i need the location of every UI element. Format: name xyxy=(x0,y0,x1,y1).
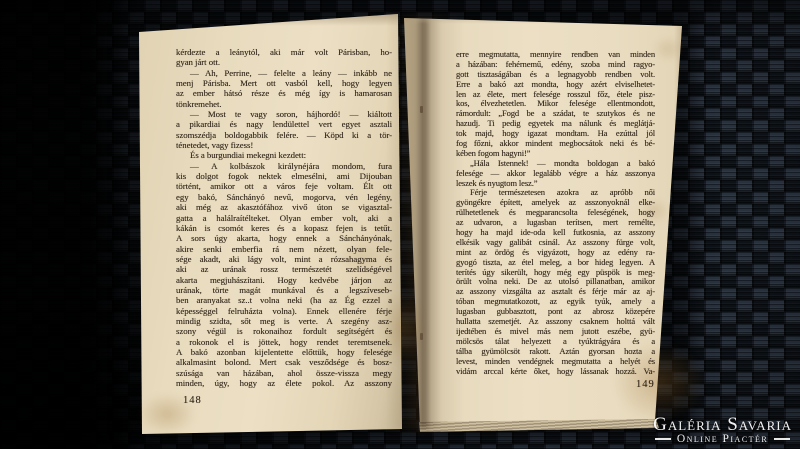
text-line: gyöngékre épített, amelyek az asszonyokn… xyxy=(456,198,655,208)
text-line: kis dolgot fogok nektek elmesélni, ami D… xyxy=(176,171,392,181)
text-line: tóban megmutatkozott, az egyik tyúk, ame… xyxy=(456,297,655,307)
text-line: Erre a bakó azt mondta, hogy azért elvis… xyxy=(456,80,655,90)
right-page-text: erre megmutatta, mennyire rendben van mi… xyxy=(456,50,655,376)
watermark: Galéria Savaria Online Piactér xyxy=(653,416,792,445)
right-page-number: 149 xyxy=(636,379,655,390)
text-line: kos, élvezhetetlen. Mikor felesége ellen… xyxy=(456,99,655,109)
text-line: egy bakó, Sánchányó nevű, mogorva, vén l… xyxy=(176,192,392,202)
text-line: minden, úgy, hogy az élete pokol. Az ass… xyxy=(176,378,392,388)
text-line: gatta a halálraítélteket. Olyan ember vo… xyxy=(176,213,392,223)
text-line: vidám arccal kérte őket, hogy lássanak h… xyxy=(456,367,655,377)
text-line: aki még az akasztófához vivő úton se vig… xyxy=(176,202,392,212)
text-line: tálba gyümölcsöt rakott. Aztán gyorsan h… xyxy=(456,347,655,357)
text-line: len az élete, mert felesége rosszul főz,… xyxy=(456,90,655,100)
text-line: kákán is csomót keres és a kopasz fejen … xyxy=(176,223,392,233)
text-line: És a burgundiai mekegni kezdett: xyxy=(176,150,392,160)
text-line: kében fogom hagyni!” xyxy=(456,149,655,159)
book-photo: kérdezte a leánytól, aki már volt Párisb… xyxy=(0,0,800,449)
text-line: kérdezte a leánytól, aki már volt Párisb… xyxy=(176,47,392,57)
text-line: Férje természetesen azokra az apróbb női xyxy=(456,188,655,198)
text-line: leszek és nyugtom lesz.” xyxy=(456,179,655,189)
left-page-text: kérdezte a leánytól, aki már volt Párisb… xyxy=(176,47,392,388)
binding-stitch xyxy=(420,333,423,340)
text-line: fog főzni, akkor mindent megbocsátok nek… xyxy=(456,139,655,149)
text-line: örült volna neki. De az utolsó pillanatb… xyxy=(456,277,655,287)
text-line: az udvaron, a lugasban terítsen, mert re… xyxy=(456,218,655,228)
text-line: akire senki emberfia rá nem nézett, olya… xyxy=(176,244,392,254)
text-line: sége akadt, aki lágy volt, mint a rózsah… xyxy=(176,254,392,264)
text-line: elkésik vagy galibát csinál. Az asszony … xyxy=(456,238,655,248)
text-line: felesége — akkor legalább végre a ház as… xyxy=(456,169,655,179)
text-line: hogy ha majd ide-oda kell futkosnia, az … xyxy=(456,228,655,238)
text-line: a pikardiai és nagy lendülettel vert egy… xyxy=(176,119,392,129)
text-line: gott tisztaságában és a legnagyobb rendb… xyxy=(456,70,655,80)
text-line: menj Párisba. Mert ott vasból kell, hogy… xyxy=(176,78,392,88)
text-line: rülhetetlenek és megparancsolta feleségé… xyxy=(456,208,655,218)
text-line: alkalmasint bolond. Mert csak vesződsége… xyxy=(176,357,392,367)
text-line: A bakó azonban kijelentette előttük, hog… xyxy=(176,347,392,357)
text-line: — Ah, Perrine, — felelte a leány — inkáb… xyxy=(176,68,392,78)
text-line: tok majd, hogy igazat mondtam. Ha ezútta… xyxy=(456,129,655,139)
text-line: mölcsös tálat helyezett a tyúktrágyára é… xyxy=(456,337,655,347)
text-line: szony végül is rokonaihoz fordult segíts… xyxy=(176,326,392,336)
text-line: lugasban gubbasztott, pont az abrosz köz… xyxy=(456,307,655,317)
binding-stitch xyxy=(420,106,423,113)
text-line: urának, törte magát munkával és a legszí… xyxy=(176,285,392,295)
text-line: aki az urának rossz természetét szelídsé… xyxy=(176,264,392,274)
text-line: „Hála Istennek! — mondta boldogan a bakó xyxy=(456,159,655,169)
text-line: tönkremehet. xyxy=(176,99,392,109)
watermark-dash-right xyxy=(774,438,790,440)
watermark-subtitle-text: Online Piactér xyxy=(677,433,768,445)
text-line: ben aranyakat sz..t volna neki (ha az Ég… xyxy=(176,295,392,305)
text-line: mindig szidta, sőt meg is verte. A szegé… xyxy=(176,316,392,326)
text-line: az asszony vizsgálta az asztalt és férje… xyxy=(456,287,655,297)
text-line: akarta megjuhászítani. Hogy kedvébe járj… xyxy=(176,275,392,285)
text-line: — A kolbászok királynéjára mondom, fura xyxy=(176,161,392,171)
left-page-number: 148 xyxy=(183,395,202,406)
text-line: levest, minden vendégnek megmutatta a he… xyxy=(456,357,655,367)
text-line: erre megmutatta, mennyire rendben van mi… xyxy=(456,50,655,60)
text-line: szomszédja boldogabbik felére. — Köpd ki… xyxy=(176,130,392,140)
text-line: — Most te vagy soron, hájhordó! — kiálto… xyxy=(176,109,392,119)
text-line: gyan járt ott. xyxy=(176,57,392,67)
watermark-dash-left xyxy=(655,438,671,440)
text-line: ijedtében és mivel más nem jutott eszébe… xyxy=(456,327,655,337)
text-line: gyogó tiszta, az étel meleg, a bor hideg… xyxy=(456,258,655,268)
text-line: mint az ördög és vigyázott, hogy az edén… xyxy=(456,248,655,258)
text-line: hazudj. Ti pedig egyetek ma nálunk és me… xyxy=(456,119,655,129)
text-line: a házában: fehérnemű, edény, szoba mind … xyxy=(456,60,655,70)
text-line: hullatta szemetjét. Az asszony csaknem h… xyxy=(456,317,655,327)
text-line: a rokonok el is jöttek, hogy rendet tere… xyxy=(176,337,392,347)
text-line: A sors úgy akarta, hogy ennek a Sánchány… xyxy=(176,233,392,243)
text-line: ténetedet, vagy fizess! xyxy=(176,140,392,150)
watermark-title: Galéria Savaria xyxy=(653,416,792,433)
text-line: az ember hátsó része és még így is hamar… xyxy=(176,88,392,98)
text-line: terítés úgy sikerült, hogy még egy püspö… xyxy=(456,268,655,278)
text-line: képességgel felruházta volna). Ennek ell… xyxy=(176,306,392,316)
text-line: szúsága van házában, ahol össze-vissza m… xyxy=(176,368,392,378)
text-line: történt, amikor ott a város feje voltam.… xyxy=(176,181,392,191)
text-line: rámordult: „Fogd be a szádat, te szutyko… xyxy=(456,109,655,119)
